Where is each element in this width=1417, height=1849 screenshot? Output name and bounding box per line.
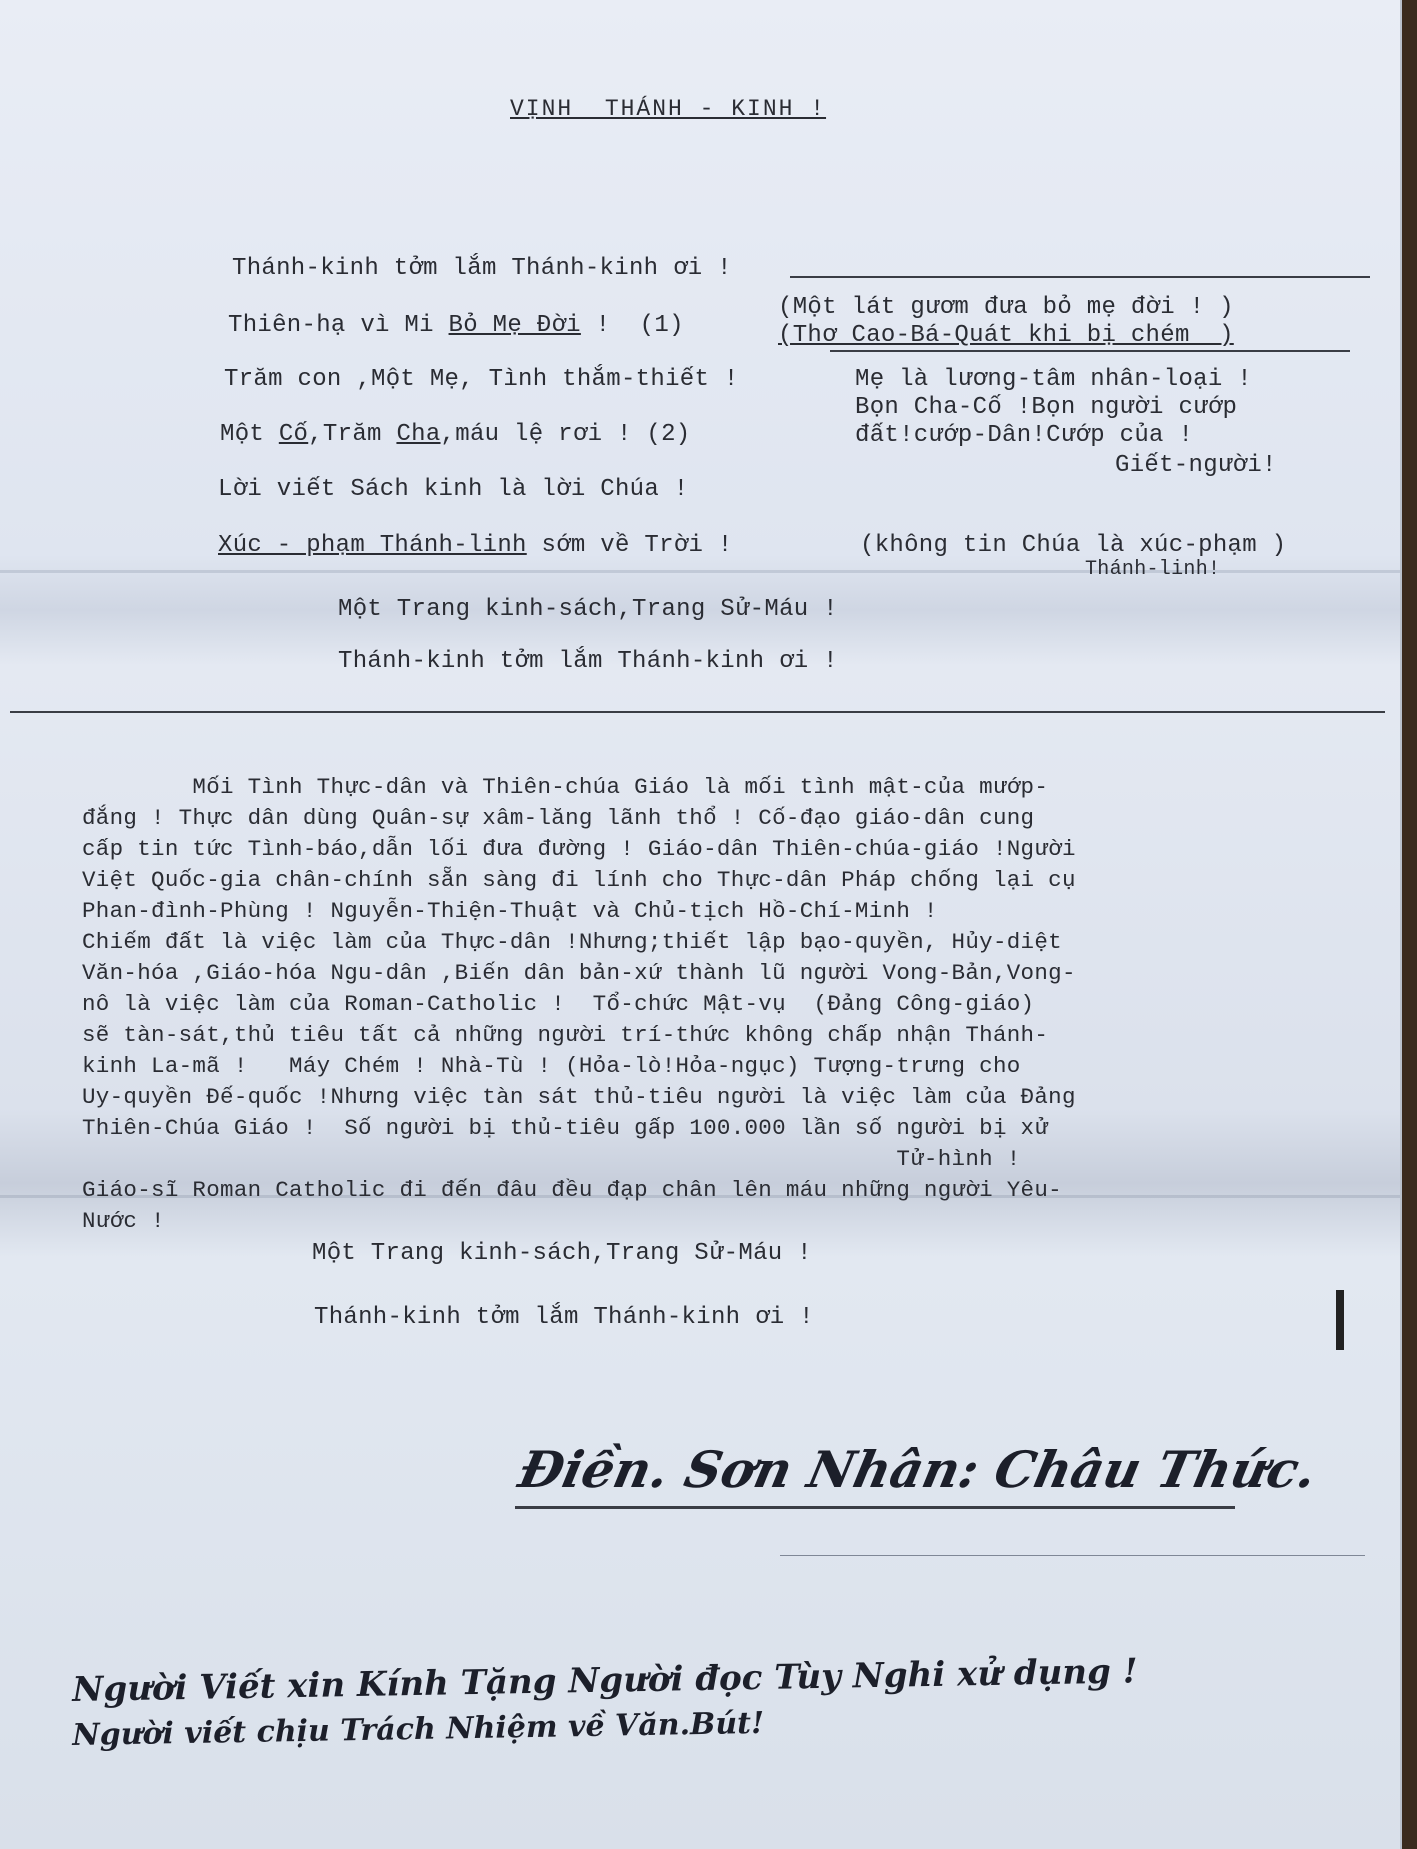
signature: Điền. Sơn Nhân: Châu Thức. <box>514 1440 1322 1499</box>
poem-line: Thánh-kinh tởm lắm Thánh-kinh ơi ! <box>232 255 732 282</box>
poem-line: Thiên-hạ vì Mi Bỏ Mẹ Đời ! (1) <box>228 312 684 339</box>
prose-line: Tử-hình ! <box>82 1144 1076 1175</box>
closing-refrain-line: Thánh-kinh tởm lắm Thánh-kinh ơi ! <box>314 1304 814 1331</box>
prose-line: Thiên-Chúa Giáo ! Số người bị thủ-tiêu g… <box>82 1113 1076 1144</box>
prose-line: sẽ tàn-sát,thủ tiêu tất cả những người t… <box>82 1020 1076 1051</box>
prose-line: cấp tin tức Tình-báo,dẫn lối đưa đường !… <box>82 834 1076 865</box>
prose-line: kinh La-mã ! Máy Chém ! Nhà-Tù ! (Hỏa-lò… <box>82 1051 1076 1082</box>
refrain-line: Một Trang kinh-sách,Trang Sử-Máu ! <box>338 596 838 623</box>
side-note-line: Giết-người! <box>1115 452 1277 479</box>
document-title: VỊNH THÁNH - KINH ! <box>510 96 826 122</box>
side-note-line: (không tin Chúa là xúc-phạm ) <box>860 532 1286 559</box>
rule-line <box>780 1555 1365 1556</box>
side-note-line: đất!cướp-Dân!Cướp của ! <box>855 422 1193 449</box>
prose-line: Phan-đình-Phùng ! Nguyễn-Thiện-Thuật và … <box>82 896 1076 927</box>
side-note-quote: (Một lát gươm đưa bỏ mẹ đời ! ) <box>778 294 1234 321</box>
prose-line: Giáo-sĩ Roman Catholic đi đến đâu đều đạ… <box>82 1175 1076 1206</box>
side-note-source: (Thơ Cao-Bá-Quát khi bị chém ) <box>778 322 1234 349</box>
poem-line: Lời viết Sách kinh là lời Chúa ! <box>218 476 688 503</box>
poem-line: Trăm con ,Một Mẹ, Tình thắm-thiết ! <box>224 366 739 393</box>
prose-line: Việt Quốc-gia chân-chính sẵn sàng đi lín… <box>82 865 1076 896</box>
signature-underline <box>515 1506 1235 1509</box>
section-divider <box>10 711 1385 713</box>
prose-line: Uy-quyền Đế-quốc !Nhưng việc tàn sát thủ… <box>82 1082 1076 1113</box>
prose-paragraph: Mối Tình Thực-dân và Thiên-chúa Giáo là … <box>82 772 1076 1237</box>
poem-line: Xúc - phạm Thánh-linh sớm về Trời ! <box>218 532 733 559</box>
prose-line: đắng ! Thực dân dùng Quân-sự xâm-lăng lã… <box>82 803 1076 834</box>
prose-line: nô là việc làm của Roman-Catholic ! Tổ-c… <box>82 989 1076 1020</box>
side-note-line: Bọn Cha-Cố !Bọn người cướp <box>855 394 1237 421</box>
closing-refrain-line: Một Trang kinh-sách,Trang Sử-Máu ! <box>312 1240 812 1267</box>
rule-line <box>830 350 1350 352</box>
side-note-line: Thánh-linh! <box>1085 558 1220 581</box>
prose-line: Nước ! <box>82 1206 1076 1237</box>
prose-line: Mối Tình Thực-dân và Thiên-chúa Giáo là … <box>82 772 1076 803</box>
refrain-line: Thánh-kinh tởm lắm Thánh-kinh ơi ! <box>338 648 838 675</box>
handwritten-note-line: Người Viết xin Kính Tặng Người đọc Tùy N… <box>72 1651 1138 1710</box>
poem-underlined-phrase: Bỏ Mẹ Đời <box>449 312 581 339</box>
prose-line: Văn-hóa ,Giáo-hóa Ngu-dân ,Biến dân bản-… <box>82 958 1076 989</box>
prose-line: Chiếm đất là việc làm của Thực-dân !Nhưn… <box>82 927 1076 958</box>
poem-line: Một Cố,Trăm Cha,máu lệ rơi ! (2) <box>220 421 691 448</box>
handwritten-note-line: Người viết chịu Trách Nhiệm về Văn.Bút! <box>72 1706 764 1753</box>
rule-line <box>790 276 1370 278</box>
side-note-line: Mẹ là lương-tâm nhân-loại ! <box>855 366 1252 393</box>
ink-mark <box>1336 1290 1344 1350</box>
letter-page: VỊNH THÁNH - KINH ! Thánh-kinh tởm lắm T… <box>0 0 1402 1849</box>
